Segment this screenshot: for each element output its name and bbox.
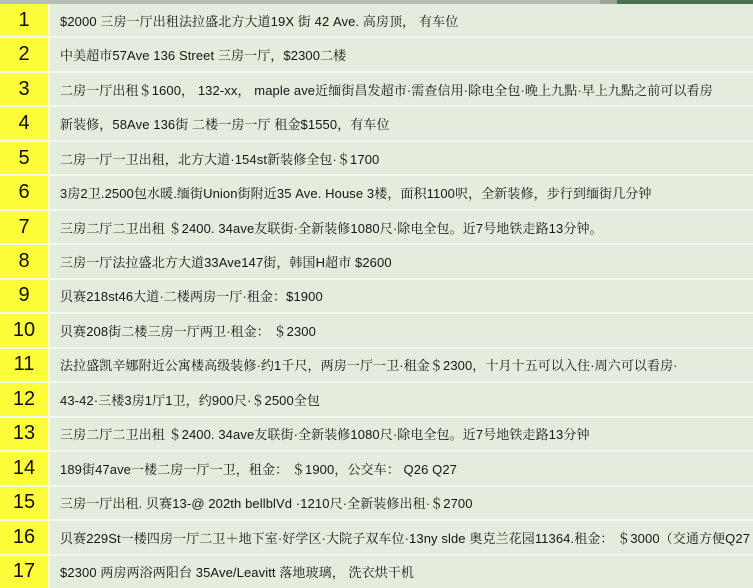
- listing-text-cell[interactable]: 3房2卫.2500包水暖.缅街Union街附近35 Ave. House 3楼，…: [50, 176, 753, 208]
- listing-text-cell[interactable]: 三房二厅二卫出租 ＄2400. 34ave友联街·全新装修1080尺·除电全包。…: [50, 211, 753, 243]
- table-row[interactable]: 11 法拉盛凯辛娜附近公寓楼高级装修·约1千尺，两房一厅一卫·租金＄2300，十…: [0, 347, 753, 381]
- row-number-cell[interactable]: 13: [0, 418, 50, 450]
- listing-text-cell[interactable]: $2000 三房一厅出租法拉盛北方大道19X 街 42 Ave. 高房顶， 有车…: [50, 4, 753, 36]
- table-row[interactable]: 12 43-42·三楼3房1厅1卫，约900尺·＄2500全包: [0, 381, 753, 415]
- row-number-cell[interactable]: 16: [0, 521, 50, 553]
- table-row[interactable]: 6 3房2卫.2500包水暖.缅街Union街附近35 Ave. House 3…: [0, 174, 753, 208]
- listing-text-cell[interactable]: $2300 两房两浴两阳台 35Ave/Leavitt 落地玻璃， 洗衣烘干机: [50, 556, 753, 588]
- row-number-cell[interactable]: 1: [0, 4, 50, 36]
- listing-text-cell[interactable]: 43-42·三楼3房1厅1卫，约900尺·＄2500全包: [50, 383, 753, 415]
- table-row[interactable]: 9 贝赛218st46大道·二楼两房一厅·租金：$1900: [0, 278, 753, 312]
- table-row[interactable]: 15 三房一厅出租. 贝赛13-@ 202th bellblVd ·1210尺·…: [0, 485, 753, 519]
- table-row[interactable]: 2 中美超市57Ave 136 Street 三房一厅，$2300二楼: [0, 36, 753, 70]
- row-number-cell[interactable]: 9: [0, 280, 50, 312]
- listing-text-cell[interactable]: 三房二厅二卫出租 ＄2400. 34ave友联街·全新装修1080尺·除电全包。…: [50, 418, 753, 450]
- listing-table: 1 $2000 三房一厅出租法拉盛北方大道19X 街 42 Ave. 高房顶， …: [0, 4, 753, 588]
- table-row[interactable]: 1 $2000 三房一厅出租法拉盛北方大道19X 街 42 Ave. 高房顶， …: [0, 4, 753, 36]
- row-number-cell[interactable]: 2: [0, 38, 50, 70]
- table-row[interactable]: 14 189街47ave一楼二房一厅一卫，租金： ＄1900，公交车： Q26 …: [0, 450, 753, 484]
- listing-text-cell[interactable]: 新装修，58Ave 136街 二楼一房一厅 租金$1550，有车位: [50, 107, 753, 139]
- row-number-cell[interactable]: 6: [0, 176, 50, 208]
- table-row[interactable]: 10 贝赛208街二楼三房一厅两卫·租金： ＄2300: [0, 312, 753, 346]
- row-number-cell[interactable]: 12: [0, 383, 50, 415]
- table-row[interactable]: 7 三房二厅二卫出租 ＄2400. 34ave友联街·全新装修1080尺·除电全…: [0, 209, 753, 243]
- listing-text-cell[interactable]: 189街47ave一楼二房一厅一卫，租金： ＄1900，公交车： Q26 Q27: [50, 452, 753, 484]
- listing-text-cell[interactable]: 二房一厅一卫出租，北方大道·154st新装修全包·＄1700: [50, 142, 753, 174]
- listing-text-cell[interactable]: 法拉盛凯辛娜附近公寓楼高级装修·约1千尺，两房一厅一卫·租金＄2300，十月十五…: [50, 349, 753, 381]
- listing-text-cell[interactable]: 二房一厅出租＄1600， 132-xx， maple ave近缅街昌发超市·需查…: [50, 73, 753, 105]
- row-number-cell[interactable]: 14: [0, 452, 50, 484]
- listing-text-cell[interactable]: 中美超市57Ave 136 Street 三房一厅，$2300二楼: [50, 38, 753, 70]
- row-number-cell[interactable]: 8: [0, 245, 50, 277]
- table-row[interactable]: 4 新装修，58Ave 136街 二楼一房一厅 租金$1550，有车位: [0, 105, 753, 139]
- listing-text-cell[interactable]: 贝赛208街二楼三房一厅两卫·租金： ＄2300: [50, 314, 753, 346]
- listing-text-cell[interactable]: 贝赛229St一楼四房一厅二卫＋地下室·好学区·大院子双车位·13ny slde…: [50, 521, 753, 553]
- table-row[interactable]: 16 贝赛229St一楼四房一厅二卫＋地下室·好学区·大院子双车位·13ny s…: [0, 519, 753, 553]
- listing-text-cell[interactable]: 三房一厅法拉盛北方大道33Ave147街，韩国H超市 $2600: [50, 245, 753, 277]
- table-row[interactable]: 5 二房一厅一卫出租，北方大道·154st新装修全包·＄1700: [0, 140, 753, 174]
- table-row[interactable]: 8 三房一厅法拉盛北方大道33Ave147街，韩国H超市 $2600: [0, 243, 753, 277]
- spreadsheet-view: 1 $2000 三房一厅出租法拉盛北方大道19X 街 42 Ave. 高房顶， …: [0, 0, 753, 588]
- row-number-cell[interactable]: 15: [0, 487, 50, 519]
- row-number-cell[interactable]: 3: [0, 73, 50, 105]
- row-number-cell[interactable]: 7: [0, 211, 50, 243]
- row-number-cell[interactable]: 11: [0, 349, 50, 381]
- row-number-cell[interactable]: 5: [0, 142, 50, 174]
- listing-text-cell[interactable]: 三房一厅出租. 贝赛13-@ 202th bellblVd ·1210尺·全新装…: [50, 487, 753, 519]
- table-row[interactable]: 13 三房二厅二卫出租 ＄2400. 34ave友联街·全新装修1080尺·除电…: [0, 416, 753, 450]
- row-number-cell[interactable]: 4: [0, 107, 50, 139]
- row-number-cell[interactable]: 10: [0, 314, 50, 346]
- table-row[interactable]: 3 二房一厅出租＄1600， 132-xx， maple ave近缅街昌发超市·…: [0, 71, 753, 105]
- row-number-cell[interactable]: 17: [0, 556, 50, 588]
- listing-text-cell[interactable]: 贝赛218st46大道·二楼两房一厅·租金：$1900: [50, 280, 753, 312]
- table-row[interactable]: 17 $2300 两房两浴两阳台 35Ave/Leavitt 落地玻璃， 洗衣烘…: [0, 554, 753, 588]
